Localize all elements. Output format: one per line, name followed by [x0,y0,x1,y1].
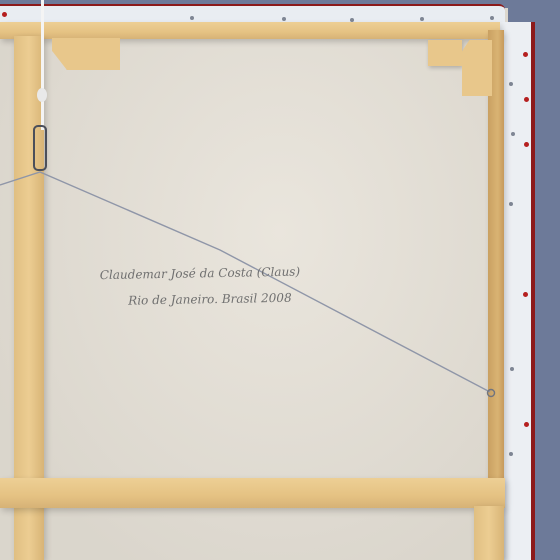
screw-eye-icon [488,390,495,397]
photo-scene: Claudemar José da Costa (Claus) Rio de J… [0,0,560,560]
artist-signature-inscription: Claudemar José da Costa (Claus) Rio de J… [100,258,341,314]
inscription-line-2: Rio de Janeiro. Brasil 2008 [100,284,340,314]
